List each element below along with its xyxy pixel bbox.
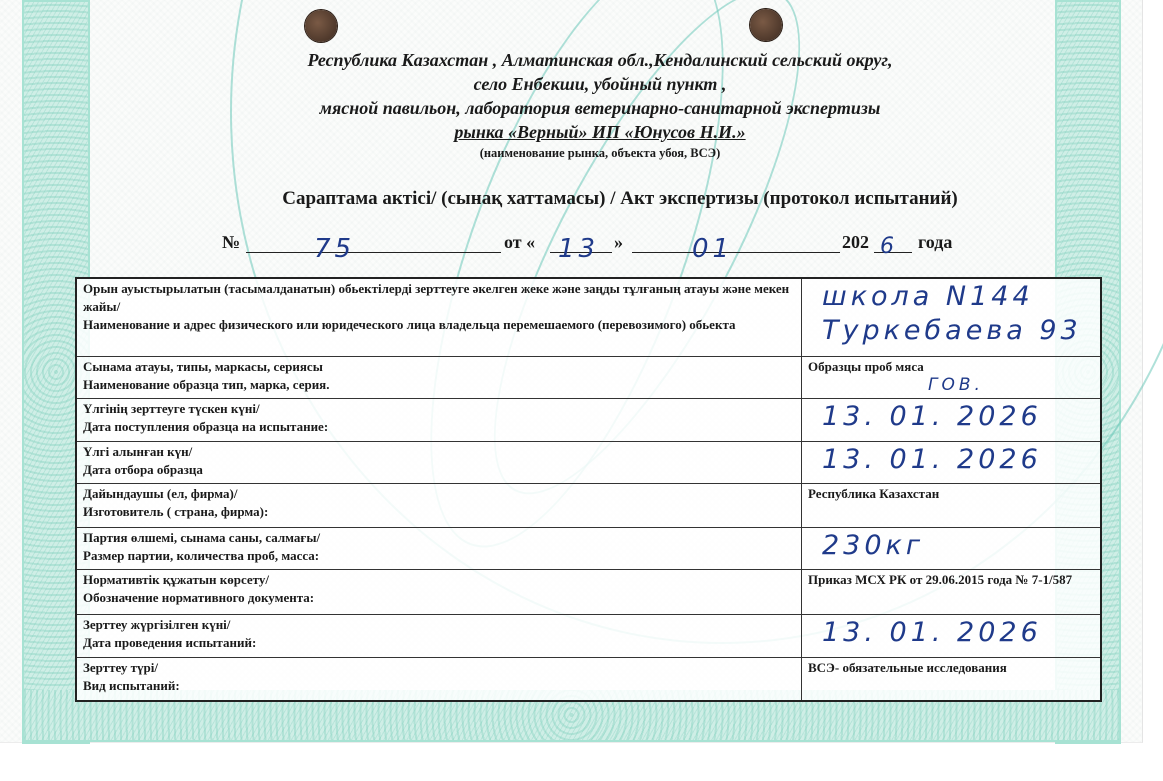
issuer-header: Республика Казахстан , Алматинская обл.,… xyxy=(120,48,1080,162)
row-label-kz: Сынама атауы, типы, маркасы, сериясы xyxy=(83,358,795,376)
close-quote: » xyxy=(614,232,623,253)
document-title: Сараптама актісі/ (сынақ хаттамасы) / Ак… xyxy=(120,188,1120,210)
day-value: 13 xyxy=(558,234,599,254)
row-label: Үлгі алынған күн/Дата отбора образца xyxy=(76,441,802,483)
row-value: Образцы проб мясаГОВ. xyxy=(802,356,1102,398)
month-value: 01 xyxy=(692,234,733,254)
row-label-ru: Дата отбора образца xyxy=(83,461,795,479)
row-value: Приказ МСХ РК от 29.06.2015 года № 7-1/5… xyxy=(802,569,1102,614)
row-label: Партия өлшемі, сынама саны, салмағы/Разм… xyxy=(76,527,802,569)
table-row: Сынама атауы, типы, маркасы, сериясыНаим… xyxy=(76,356,1101,398)
row-value: Республика Казахстан xyxy=(802,483,1102,527)
table-row: Нормативтік құжатын көрсету/Обозначение … xyxy=(76,569,1101,614)
handwritten-value: 13. 01. 2026 xyxy=(808,400,1094,434)
year-digit-value: 6 xyxy=(880,234,898,254)
issuer-line-4: рынка «Верный» ИП «Юнусов Н.И.» xyxy=(120,120,1080,144)
row-label-ru: Наименование образца тип, марка, серия. xyxy=(83,376,795,394)
row-label: Үлгінің зерттеуге түскен күні/Дата посту… xyxy=(76,398,802,441)
table-row: Орын ауыстырылатын (тасымалданатын) обье… xyxy=(76,278,1101,356)
row-label-ru: Обозначение нормативного документа: xyxy=(83,589,795,607)
printed-value: Республика Казахстан xyxy=(808,485,1094,503)
handwritten-value: 230кг xyxy=(808,529,1094,563)
printed-value: Образцы проб мяса xyxy=(808,358,1094,376)
table-row: Зерттеу түрі/Вид испытаний:ВСЭ- обязател… xyxy=(76,657,1101,701)
handwritten-value: школа N144 xyxy=(808,280,1094,314)
table-row: Үлгі алынған күн/Дата отбора образца13. … xyxy=(76,441,1101,483)
issuer-note: (наименование рынка, объекта убоя, ВСЭ) xyxy=(120,144,1080,162)
row-label: Орын ауыстырылатын (тасымалданатын) обье… xyxy=(76,278,802,356)
row-label-ru: Дата поступления образца на испытание: xyxy=(83,418,795,436)
table-row: Дайындаушы (ел, фирма)/Изготовитель ( ст… xyxy=(76,483,1101,527)
row-label-ru: Дата проведения испытаний: xyxy=(83,634,795,652)
day-field: 13 xyxy=(550,230,612,253)
row-label: Нормативтік құжатын көрсету/Обозначение … xyxy=(76,569,802,614)
row-value: ВСЭ- обязательные исследования xyxy=(802,657,1102,701)
row-label-ru: Наименование и адрес физического или юри… xyxy=(83,316,795,334)
row-label-kz: Нормативтік құжатын көрсету/ xyxy=(83,571,795,589)
protocol-table: Орын ауыстырылатын (тасымалданатын) обье… xyxy=(75,277,1102,702)
printed-value: Приказ МСХ РК от 29.06.2015 года № 7-1/5… xyxy=(808,571,1094,589)
row-label-kz: Үлгінің зерттеуге түскен күні/ xyxy=(83,400,795,418)
row-label-ru: Размер партии, количества проб, масса: xyxy=(83,547,795,565)
year-digit-field: 6 xyxy=(874,230,912,253)
document-paper: Республика Казахстан , Алматинская обл.,… xyxy=(0,0,1143,743)
number-label: № xyxy=(222,232,240,253)
table-row: Партия өлшемі, сынама саны, салмағы/Разм… xyxy=(76,527,1101,569)
issuer-line-2: село Енбекши, убойный пункт , xyxy=(120,72,1080,96)
row-label-kz: Дайындаушы (ел, фирма)/ xyxy=(83,485,795,503)
handwritten-value: ГОВ. xyxy=(808,376,1094,394)
act-number-line: № 75 от « 13 » 01 202 6 года xyxy=(222,228,982,258)
handwritten-value: Туркебаева 93 xyxy=(808,314,1094,348)
row-value: 13. 01. 2026 xyxy=(802,614,1102,657)
act-number-value: 75 xyxy=(314,234,355,254)
row-value: школа N144Туркебаева 93 xyxy=(802,278,1102,356)
row-label-kz: Зерттеу түрі/ xyxy=(83,659,795,677)
row-value: 230кг xyxy=(802,527,1102,569)
row-label: Сынама атауы, типы, маркасы, сериясыНаим… xyxy=(76,356,802,398)
table-row: Зерттеу жүргізілген күні/Дата проведения… xyxy=(76,614,1101,657)
row-label-kz: Орын ауыстырылатын (тасымалданатын) обье… xyxy=(83,280,795,316)
act-number-field: 75 xyxy=(246,230,501,253)
row-label-ru: Вид испытаний: xyxy=(83,677,795,695)
row-label: Зерттеу түрі/Вид испытаний: xyxy=(76,657,802,701)
row-label-kz: Партия өлшемі, сынама саны, салмағы/ xyxy=(83,529,795,547)
year-suffix: года xyxy=(918,232,952,253)
row-value: 13. 01. 2026 xyxy=(802,398,1102,441)
printed-value: ВСЭ- обязательные исследования xyxy=(808,659,1094,677)
row-label: Дайындаушы (ел, фирма)/Изготовитель ( ст… xyxy=(76,483,802,527)
handwritten-value: 13. 01. 2026 xyxy=(808,443,1094,477)
punch-hole-left xyxy=(305,10,337,42)
year-prefix: 202 xyxy=(842,232,869,253)
handwritten-value: 13. 01. 2026 xyxy=(808,616,1094,650)
issuer-line-3: мясной павильон, лаборатория ветеринарно… xyxy=(120,96,1080,120)
from-label: от « xyxy=(504,232,535,253)
month-field: 01 xyxy=(632,230,840,253)
punch-hole-right xyxy=(750,9,782,41)
row-value: 13. 01. 2026 xyxy=(802,441,1102,483)
row-label-ru: Изготовитель ( страна, фирма): xyxy=(83,503,795,521)
row-label: Зерттеу жүргізілген күні/Дата проведения… xyxy=(76,614,802,657)
row-label-kz: Үлгі алынған күн/ xyxy=(83,443,795,461)
row-label-kz: Зерттеу жүргізілген күні/ xyxy=(83,616,795,634)
issuer-line-1: Республика Казахстан , Алматинская обл.,… xyxy=(120,48,1080,72)
table-row: Үлгінің зерттеуге түскен күні/Дата посту… xyxy=(76,398,1101,441)
